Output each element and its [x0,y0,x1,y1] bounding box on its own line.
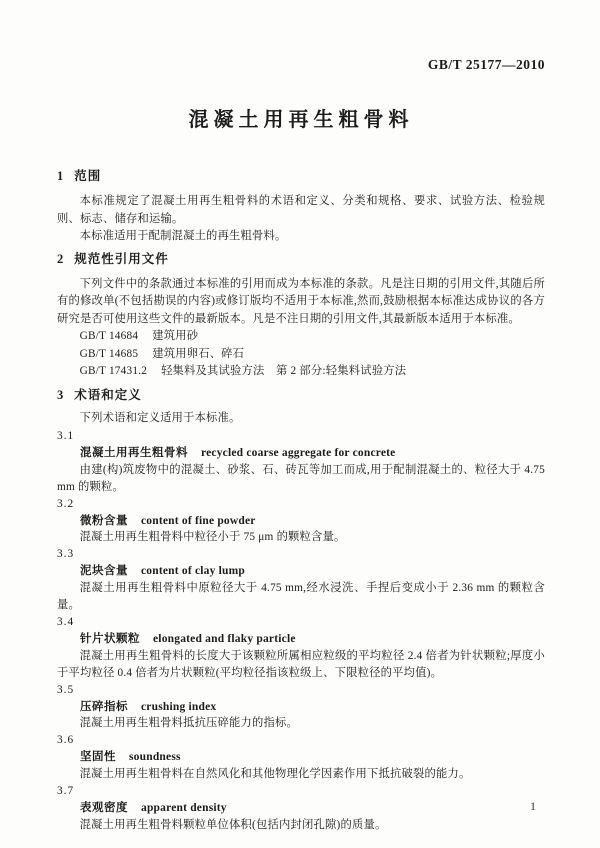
term-number: 3.3 [57,546,545,563]
section-title: 规范性引用文件 [74,252,169,266]
scope-paragraph-2: 本标准适用于配制混凝土的再生粗骨料。 [57,228,545,246]
document-page: GB/T 25177—2010 混凝土用再生粗骨料 1范围 本标准规定了混凝土用… [0,0,600,848]
term-block-3-5: 3.5 压碎指标crushing index 混凝土用再生粗骨料抵抗压碎能力的指… [57,682,545,733]
reference-title: 轻集料及其试验方法 第 2 部分:轻集料试验方法 [161,365,406,377]
term-number: 3.5 [57,682,545,699]
section-1-heading: 1范围 [57,169,545,184]
term-name: 针片状颗粒elongated and flaky particle [57,631,545,648]
scope-paragraph-1: 本标准规定了混凝土用再生粗骨料的术语和定义、分类和规格、要求、试验方法、检验规则… [57,193,545,228]
term-name-en: recycled coarse aggregate for concrete [201,447,396,459]
term-definition: 混凝土用再生粗骨料的长度大于该颗粒所属相应粒级的平均粒径 2.4 倍者为针状颗粒… [57,648,545,682]
term-name-en: elongated and flaky particle [153,633,296,645]
section-terms-definitions: 3术语和定义 下列术语和定义适用于本标准。 3.1 混凝土用再生粗骨料recyc… [57,388,545,834]
term-name-zh: 表观密度 [80,802,128,814]
term-name-zh: 坚固性 [80,751,116,763]
reference-title: 建筑用砂 [152,330,198,342]
term-definition: 混凝土用再生粗骨料颗粒单位体积(包括内封闭孔隙)的质量。 [57,817,545,834]
term-block-3-1: 3.1 混凝土用再生粗骨料recycled coarse aggregate f… [57,428,545,496]
section-number: 1 [57,169,63,183]
term-definition: 混凝土用再生粗骨料在自然风化和其他物理化学因素作用下抵抗破裂的能力。 [57,766,545,783]
term-block-3-2: 3.2 微粉含量content of fine powder 混凝土用再生粗骨料… [57,496,545,547]
term-name: 表观密度apparent density [57,800,545,817]
term-number: 3.7 [57,783,545,800]
term-block-3-7: 3.7 表观密度apparent density 混凝土用再生粗骨料颗粒单位体积… [57,783,545,834]
term-name-zh: 混凝土用再生粗骨料 [80,447,188,459]
term-block-3-4: 3.4 针片状颗粒elongated and flaky particle 混凝… [57,614,545,682]
term-name: 坚固性soundness [57,749,545,766]
term-number: 3.1 [57,428,545,445]
term-block-3-3: 3.3 泥块含量content of clay lump 混凝土用再生粗骨料中原… [57,546,545,614]
terms-intro: 下列术语和定义适用于本标准。 [57,410,545,428]
term-definition: 混凝土用再生粗骨料抵抗压碎能力的指标。 [57,715,545,732]
reference-line: GB/T 14685建筑用卵石、碎石 [57,346,545,364]
term-definition: 由建(构)筑废物中的混凝土、砂浆、石、砖瓦等加工而成,用于配制混凝土的、粒径大于… [57,462,545,496]
term-name-zh: 微粉含量 [80,515,128,527]
term-definition: 混凝土用再生粗骨料中原粒径大于 4.75 mm,经水浸洗、手捏后变成小于 2.3… [57,580,545,614]
term-name: 混凝土用再生粗骨料recycled coarse aggregate for c… [57,445,545,462]
term-name: 微粉含量content of fine powder [57,513,545,530]
term-name-en: content of fine powder [141,515,256,527]
section-3-heading: 3术语和定义 [57,388,545,403]
term-name-en: apparent density [141,802,227,814]
reference-line: GB/T 14684建筑用砂 [57,328,545,346]
section-2-heading: 2规范性引用文件 [57,252,545,267]
section-number: 3 [57,388,63,402]
reference-code: GB/T 14685 [80,348,139,360]
section-title: 范围 [74,169,101,183]
term-name-zh: 压碎指标 [80,701,128,713]
term-name: 压碎指标crushing index [57,699,545,716]
term-name-zh: 针片状颗粒 [80,633,140,645]
page-number: 1 [530,799,536,814]
reference-title: 建筑用卵石、碎石 [152,348,244,360]
term-block-3-6: 3.6 坚固性soundness 混凝土用再生粗骨料在自然风化和其他物理化学因素… [57,732,545,783]
references-paragraph: 下列文件中的条款通过本标准的引用而成为本标准的条款。凡是注日期的引用文件,其随后… [57,276,545,329]
section-scope: 1范围 本标准规定了混凝土用再生粗骨料的术语和定义、分类和规格、要求、试验方法、… [57,169,545,246]
section-number: 2 [57,252,63,266]
section-normative-references: 2规范性引用文件 下列文件中的条款通过本标准的引用而成为本标准的条款。凡是注日期… [57,252,545,381]
terms-list: 3.1 混凝土用再生粗骨料recycled coarse aggregate f… [57,428,545,834]
term-name-en: content of clay lump [141,565,245,577]
term-number: 3.4 [57,614,545,631]
term-name: 泥块含量content of clay lump [57,563,545,580]
document-title: 混凝土用再生粗骨料 [57,103,545,132]
section-title: 术语和定义 [74,388,142,402]
term-name-en: crushing index [141,701,216,713]
term-number: 3.2 [57,496,545,513]
reference-line: GB/T 17431.2轻集料及其试验方法 第 2 部分:轻集料试验方法 [57,363,545,381]
reference-code: GB/T 17431.2 [80,365,147,377]
standard-code: GB/T 25177—2010 [57,57,545,73]
term-name-zh: 泥块含量 [80,565,128,577]
term-name-en: soundness [129,751,181,763]
term-number: 3.6 [57,732,545,749]
term-definition: 混凝土用再生粗骨料中粒径小于 75 μm 的颗粒含量。 [57,529,545,546]
reference-code: GB/T 14684 [80,330,139,342]
